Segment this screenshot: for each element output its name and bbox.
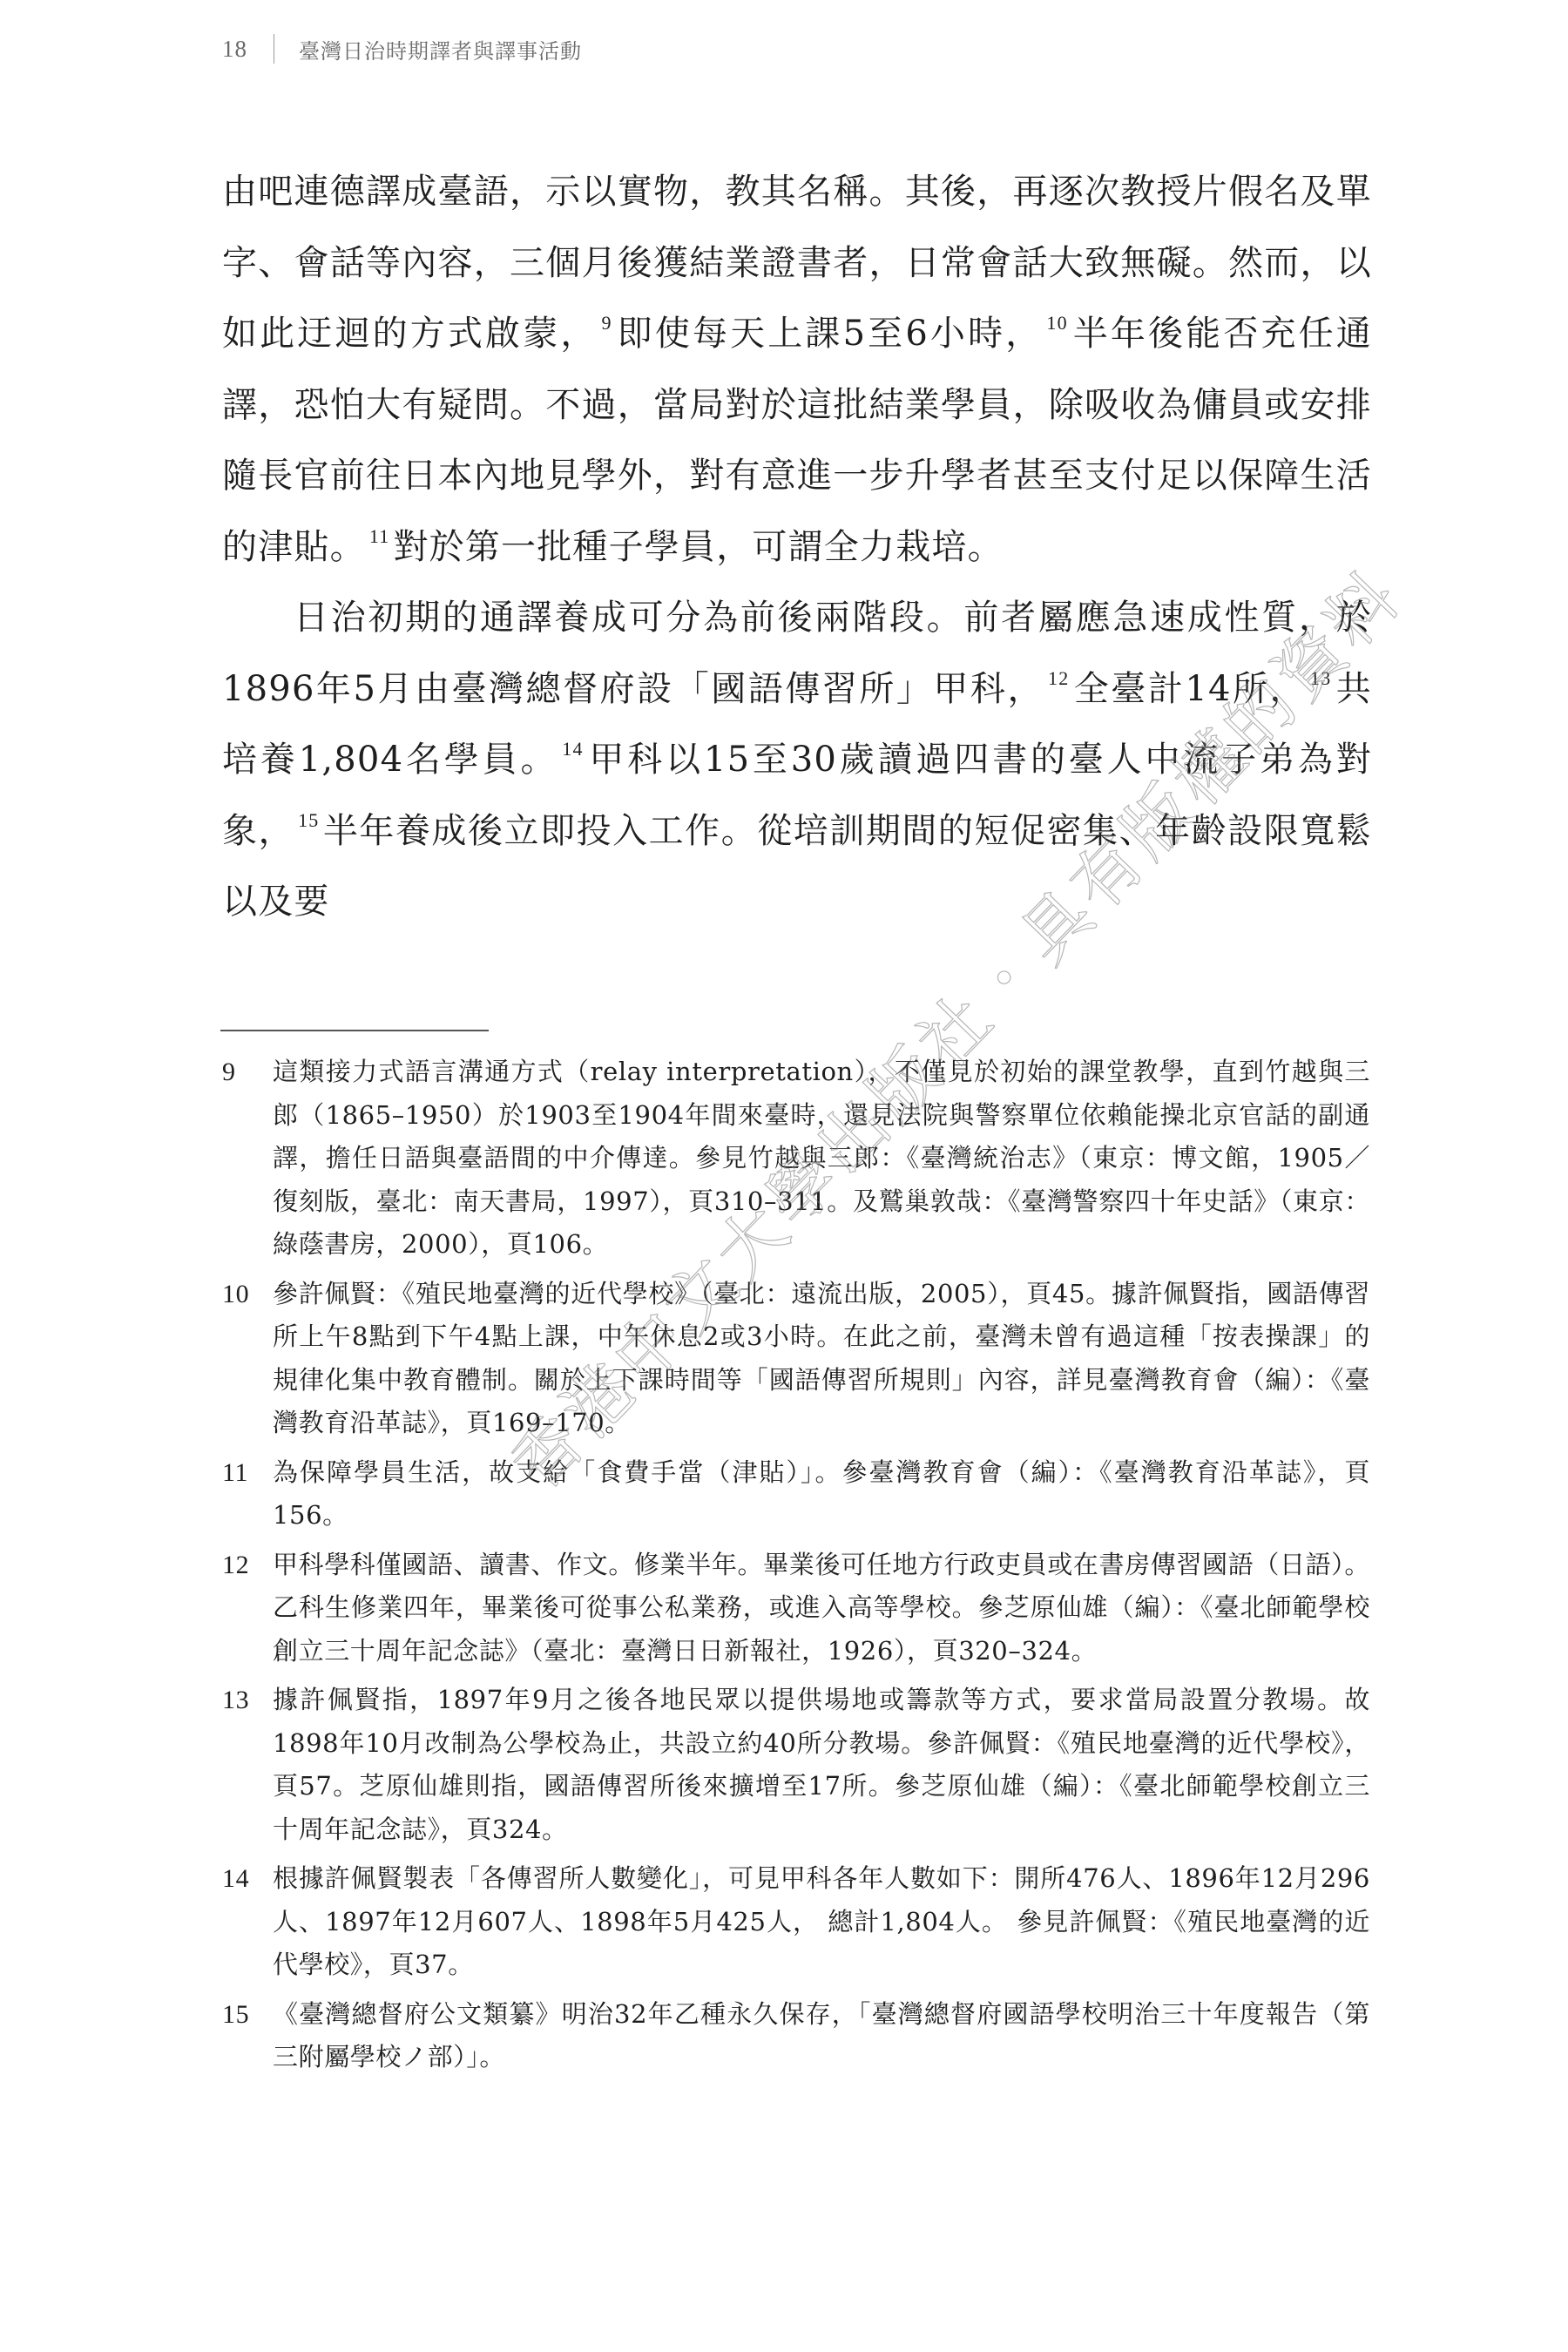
header-separator — [274, 34, 274, 64]
body-text-run: 對於第一批種子學員，可謂全力栽培。 — [393, 527, 1003, 567]
book-title: 臺灣日治時期譯者與譯事活動 — [299, 34, 582, 64]
footnote-text: 參許佩賢：《殖民地臺灣的近代學校》（臺北：遠流出版，2005），頁45。據許佩賢… — [273, 1273, 1370, 1445]
footnote-number: 12 — [222, 1544, 273, 1673]
footnote-reference[interactable]: 9 — [602, 312, 612, 334]
footnote-divider — [220, 1030, 489, 1031]
footnote-text: 甲科學科僅國語、讀書、作文。修業半年。畢業後可任地方行政吏員或在書房傳習國語（日… — [273, 1544, 1370, 1673]
footnote-number: 10 — [222, 1273, 273, 1445]
footnote-text: 這類接力式語言溝通方式（relay interpretation），不僅見於初始… — [273, 1051, 1370, 1267]
footnote-number: 15 — [222, 1993, 273, 2079]
footnote-item: 15《臺灣總督府公文類纂》明治32年乙種永久保存，「臺灣總督府國語學校明治三十年… — [222, 1993, 1370, 2079]
footnote-item: 10參許佩賢：《殖民地臺灣的近代學校》（臺北：遠流出版，2005），頁45。據許… — [222, 1273, 1370, 1445]
body-text-run: 即使每天上課5至6小時， — [616, 314, 1044, 354]
body-text-run: 全臺計14所， — [1072, 669, 1307, 709]
footnote-item: 13據許佩賢指，1897年9月之後各地民眾以提供場地或籌款等方式，要求當局設置分… — [222, 1679, 1370, 1851]
footnote-item: 9這類接力式語言溝通方式（relay interpretation），不僅見於初… — [222, 1051, 1370, 1267]
footnote-number: 13 — [222, 1679, 273, 1851]
footnote-item: 14根據許佩賢製表「各傳習所人數變化」，可見甲科各年人數如下：開所476人、18… — [222, 1857, 1370, 1987]
footnote-text: 為保障學員生活，故支給「食費手當（津貼）」。參臺灣教育會（編）：《臺灣教育沿革誌… — [273, 1451, 1370, 1538]
footnote-reference[interactable]: 15 — [298, 809, 319, 831]
footnote-reference[interactable]: 14 — [562, 738, 583, 760]
body-text-run: 半年養成後立即投入工作。從培訓期間的短促密集、年齡設限寬鬆以及要 — [222, 811, 1372, 923]
main-text: 由吧連德譯成臺語，示以實物，教其名稱。其後，再逐次教授片假名及單字、會話等內容，… — [222, 157, 1372, 938]
footnote-number: 11 — [222, 1451, 273, 1538]
footnote-number: 9 — [222, 1051, 273, 1267]
page-number: 18 — [222, 36, 247, 63]
footnote-reference[interactable]: 13 — [1310, 667, 1331, 689]
footnote-text: 根據許佩賢製表「各傳習所人數變化」，可見甲科各年人數如下：開所476人、1896… — [273, 1857, 1370, 1987]
running-head: 18 臺灣日治時期譯者與譯事活動 — [222, 31, 582, 66]
footnote-reference[interactable]: 11 — [369, 525, 390, 547]
body-paragraph: 日治初期的通譯養成可分為前後兩階段。前者屬應急速成性質，於1896年5月由臺灣總… — [222, 583, 1372, 938]
footnotes: 9這類接力式語言溝通方式（relay interpretation），不僅見於初… — [222, 1051, 1370, 2085]
body-paragraph: 由吧連德譯成臺語，示以實物，教其名稱。其後，再逐次教授片假名及單字、會話等內容，… — [222, 157, 1372, 583]
footnote-reference[interactable]: 10 — [1046, 312, 1067, 334]
footnote-item: 12甲科學科僅國語、讀書、作文。修業半年。畢業後可任地方行政吏員或在書房傳習國語… — [222, 1544, 1370, 1673]
footnote-reference[interactable]: 12 — [1048, 667, 1069, 689]
footnote-text: 《臺灣總督府公文類纂》明治32年乙種永久保存，「臺灣總督府國語學校明治三十年度報… — [273, 1993, 1370, 2079]
footnote-item: 11為保障學員生活，故支給「食費手當（津貼）」。參臺灣教育會（編）：《臺灣教育沿… — [222, 1451, 1370, 1538]
footnote-number: 14 — [222, 1857, 273, 1987]
footnote-text: 據許佩賢指，1897年9月之後各地民眾以提供場地或籌款等方式，要求當局設置分教場… — [273, 1679, 1370, 1851]
